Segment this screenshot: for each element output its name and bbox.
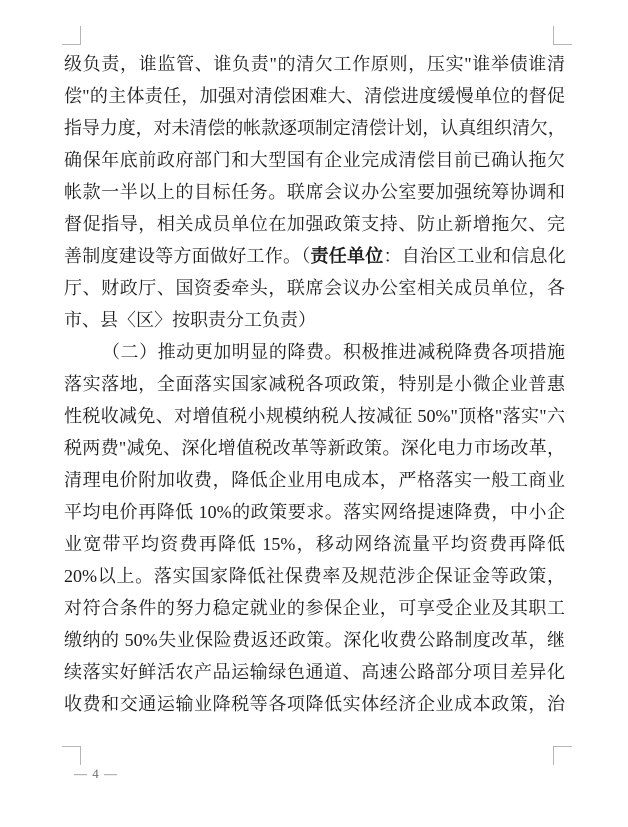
document-body: 级负责，谁监管、谁负责"的清欠工作原则，压实"谁举债谁清偿"的主体责任，加强对清… <box>64 48 565 720</box>
text-line: 缴纳的 50%失业保险费返还政策。深化收费公路制度改革，继 <box>64 624 565 656</box>
crop-mark-top-left-icon <box>62 26 81 45</box>
text-line: 市、县〈区〉按职责分工负责） <box>64 304 565 336</box>
text-run: 平均电价再降低 10%的政策要求。落实网络提速降费，中小企 <box>64 502 565 522</box>
text-run: 缴纳的 50%失业保险费返还政策。深化收费公路制度改革，继 <box>64 630 565 650</box>
text-run: 善制度建设等方面做好工作。（ <box>64 246 311 266</box>
text-run: ：自治区工业和信息化 <box>384 246 565 266</box>
text-line: 平均电价再降低 10%的政策要求。落实网络提速降费，中小企 <box>64 496 565 528</box>
text-line: 对符合条件的努力稳定就业的参保企业，可享受企业及其职工 <box>64 592 565 624</box>
text-line: 业宽带平均资费再降低 15%，移动网络流量平均资费再降低 <box>64 528 565 560</box>
text-run: 帐款一半以上的目标任务。联席会议办公室要加强统筹协调和 <box>64 182 565 202</box>
text-line: 偿"的主体责任，加强对清偿困难大、清偿进度缓慢单位的督促 <box>64 80 565 112</box>
text-line: 20%以上。落实国家降低社保费率及规范涉企保证金等政策， <box>64 560 565 592</box>
text-run: 指导力度，对未清偿的帐款逐项制定清偿计划，认真组织清欠， <box>64 118 565 138</box>
text-line: 落实落地，全面落实国家减税各项政策，特别是小微企业普惠 <box>64 368 565 400</box>
crop-mark-bottom-right-icon <box>553 746 572 765</box>
text-run: 20%以上。落实国家降低社保费率及规范涉企保证金等政策， <box>64 566 565 586</box>
text-run: 税两费"减免、深化增值税改革等新政策。深化电力市场改革， <box>64 438 565 458</box>
text-line: 督促指导，相关成员单位在加强政策支持、防止新增拖欠、完 <box>64 208 565 240</box>
text-run: 清理电价附加收费，降低企业用电成本，严格落实一般工商业 <box>64 470 565 490</box>
text-run: 性税收减免、对增值税小规模纳税人按减征 50%"顶格"落实"六 <box>64 406 565 426</box>
text-run: 业宽带平均资费再降低 15%，移动网络流量平均资费再降低 <box>64 534 565 554</box>
text-line: 清理电价附加收费，降低企业用电成本，严格落实一般工商业 <box>64 464 565 496</box>
text-run: 级负责，谁监管、谁负责"的清欠工作原则，压实"谁举债谁清 <box>64 54 565 74</box>
text-run: 落实落地，全面落实国家减税各项政策，特别是小微企业普惠 <box>64 374 565 394</box>
text-run: 市、县〈区〉按职责分工负责） <box>64 310 316 330</box>
text-run: 厅、财政厅、国资委牵头，联席会议办公室相关成员单位，各 <box>64 278 565 298</box>
bold-text-run: 责任单位 <box>311 246 384 266</box>
text-run: 续落实好鲜活农产品运输绿色通道、高速公路部分项目差异化 <box>64 662 565 682</box>
text-line: 税两费"减免、深化增值税改革等新政策。深化电力市场改革， <box>64 432 565 464</box>
text-line: 确保年底前政府部门和大型国有企业完成清偿目前已确认拖欠 <box>64 144 565 176</box>
text-line: 收费和交通运输业降税等各项降低实体经济企业成本政策，治 <box>64 688 565 720</box>
text-run: 对符合条件的努力稳定就业的参保企业，可享受企业及其职工 <box>64 598 565 618</box>
crop-mark-top-right-icon <box>553 26 572 45</box>
text-run: 确保年底前政府部门和大型国有企业完成清偿目前已确认拖欠 <box>64 150 565 170</box>
text-line: 级负责，谁监管、谁负责"的清欠工作原则，压实"谁举债谁清 <box>64 48 565 80</box>
text-run: 收费和交通运输业降税等各项降低实体经济企业成本政策，治 <box>64 694 565 714</box>
text-line: 性税收减免、对增值税小规模纳税人按减征 50%"顶格"落实"六 <box>64 400 565 432</box>
text-line: 厅、财政厅、国资委牵头，联席会议办公室相关成员单位，各 <box>64 272 565 304</box>
crop-mark-bottom-left-icon <box>62 746 81 765</box>
document-page: 级负责，谁监管、谁负责"的清欠工作原则，压实"谁举债谁清偿"的主体责任，加强对清… <box>0 0 628 827</box>
text-run: 偿"的主体责任，加强对清偿困难大、清偿进度缓慢单位的督促 <box>64 86 565 106</box>
text-run: （二）推动更加明显的降费。积极推进减税降费各项措施 <box>102 342 565 362</box>
text-run: 督促指导，相关成员单位在加强政策支持、防止新增拖欠、完 <box>64 214 565 234</box>
page-number: — 4 — <box>74 766 118 782</box>
text-line: 续落实好鲜活农产品运输绿色通道、高速公路部分项目差异化 <box>64 656 565 688</box>
text-line: 指导力度，对未清偿的帐款逐项制定清偿计划，认真组织清欠， <box>64 112 565 144</box>
text-line: 善制度建设等方面做好工作。（责任单位：自治区工业和信息化 <box>64 240 565 272</box>
text-line: （二）推动更加明显的降费。积极推进减税降费各项措施 <box>64 336 565 368</box>
text-line: 帐款一半以上的目标任务。联席会议办公室要加强统筹协调和 <box>64 176 565 208</box>
